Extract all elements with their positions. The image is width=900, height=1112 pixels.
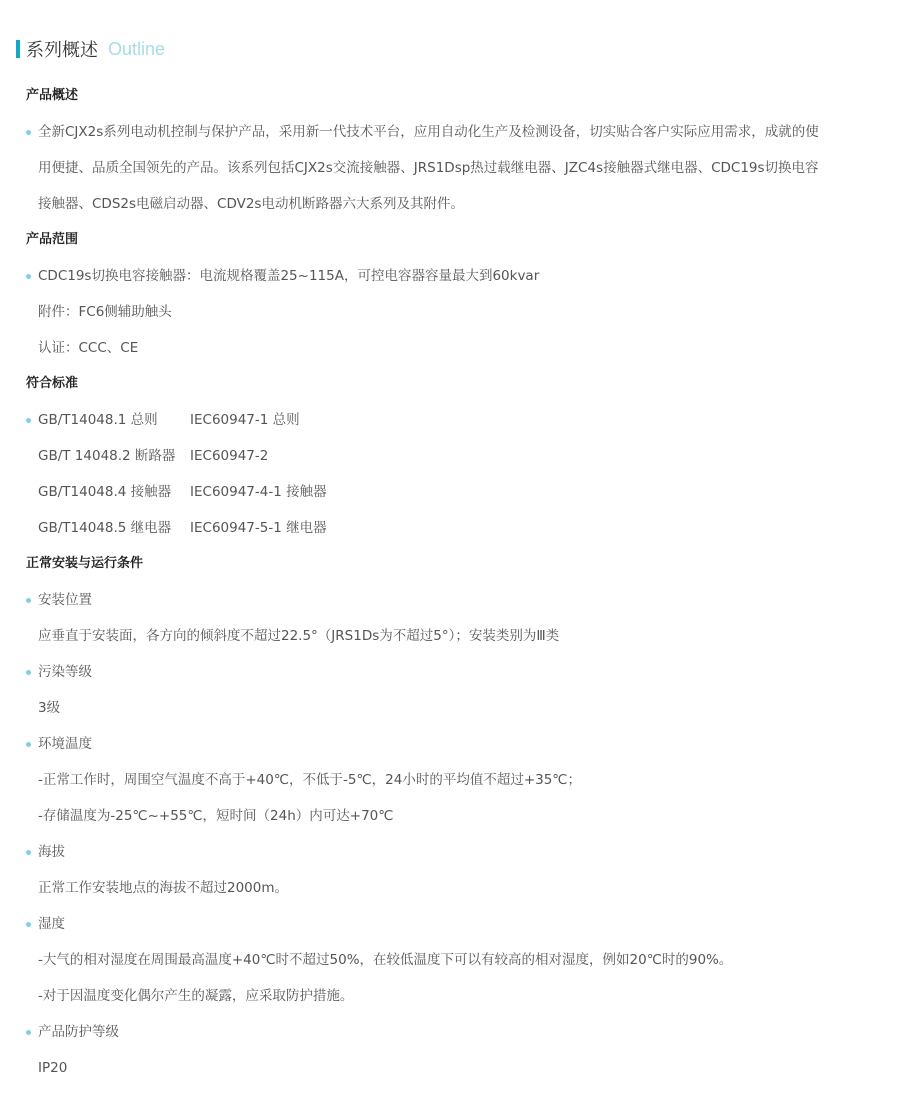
condition-detail: -存储温度为-25℃~+55℃，短时间（24h）内可达+70℃	[26, 798, 876, 834]
standard-row: GB/T14048.5 继电器 IEC60947-5-1 继电器	[26, 510, 876, 546]
title-zh: 系列概述	[26, 36, 98, 62]
overview-line: 用便捷、品质全国领先的产品。该系列包括CJX2s交流接触器、JRS1Dsp热过载…	[26, 150, 876, 186]
range-line: 认证：CCC、CE	[26, 330, 876, 366]
condition-detail: 应垂直于安装面，各方向的倾斜度不超过22.5°（JRS1Ds为不超过5°）；安装…	[26, 618, 876, 654]
condition-detail: IP20	[26, 1050, 876, 1086]
range-line: 附件：FC6侧辅助触头	[26, 294, 876, 330]
iec-standard: IEC60947-5-1 继电器	[190, 510, 327, 546]
overview-line: 接触器、CDS2s电磁启动器、CDV2s电动机断路器六大系列及其附件。	[26, 186, 876, 222]
condition-label: 海拔	[26, 834, 876, 870]
overview-line: 全新CJX2s系列电动机控制与保护产品，采用新一代技术平台，应用自动化生产及检测…	[26, 114, 876, 150]
title-en: Outline	[108, 39, 165, 60]
standard-row: GB/T 14048.2 断路器 IEC60947-2	[26, 438, 876, 474]
condition-detail: 正常工作安装地点的海拔不超过2000m。	[26, 870, 876, 906]
range-line: CDC19s切换电容接触器：电流规格覆盖25~115A，可控电容器容量最大到60…	[26, 258, 876, 294]
standard-row: GB/T14048.1 总则 IEC60947-1 总则	[26, 402, 876, 438]
iec-standard: IEC60947-4-1 接触器	[190, 474, 327, 510]
condition-detail: -正常工作时，周围空气温度不高于+40℃，不低于-5℃，24小时的平均值不超过+…	[26, 762, 876, 798]
condition-label: 污染等级	[26, 654, 876, 690]
gb-standard: GB/T14048.1 总则	[38, 402, 190, 438]
iec-standard: IEC60947-1 总则	[190, 402, 300, 438]
section-title: 系列概述 Outline	[16, 36, 165, 62]
condition-detail: -大气的相对湿度在周围最高温度+40℃时不超过50%，在较低温度下可以有较高的相…	[26, 942, 876, 978]
gb-standard: GB/T14048.4 接触器	[38, 474, 190, 510]
standard-row: GB/T14048.4 接触器 IEC60947-4-1 接触器	[26, 474, 876, 510]
condition-detail: 3级	[26, 690, 876, 726]
condition-label: 环境温度	[26, 726, 876, 762]
heading-overview: 产品概述	[26, 78, 876, 114]
condition-detail: -对于因温度变化偶尔产生的凝露，应采取防护措施。	[26, 978, 876, 1014]
gb-standard: GB/T14048.5 继电器	[38, 510, 190, 546]
outline-content: 产品概述 全新CJX2s系列电动机控制与保护产品，采用新一代技术平台，应用自动化…	[26, 78, 876, 1086]
condition-label: 产品防护等级	[26, 1014, 876, 1050]
title-accent-bar	[16, 40, 20, 58]
heading-conditions: 正常安装与运行条件	[26, 546, 876, 582]
condition-label: 安装位置	[26, 582, 876, 618]
gb-standard: GB/T 14048.2 断路器	[38, 438, 190, 474]
heading-standards: 符合标准	[26, 366, 876, 402]
heading-range: 产品范围	[26, 222, 876, 258]
condition-label: 湿度	[26, 906, 876, 942]
iec-standard: IEC60947-2	[190, 438, 268, 474]
